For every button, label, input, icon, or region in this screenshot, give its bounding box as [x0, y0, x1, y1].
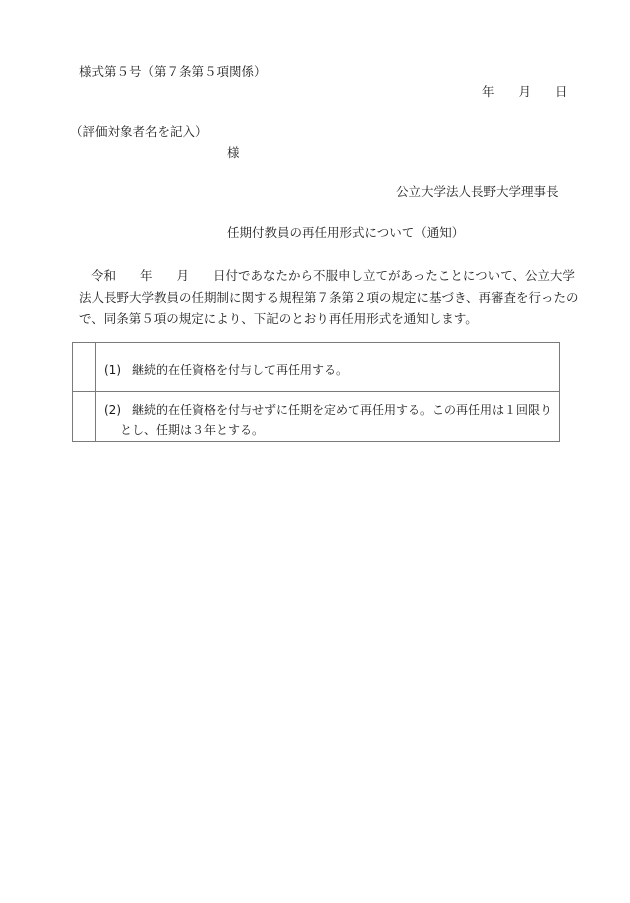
day-label: 日 [555, 86, 568, 99]
option-1-label: 継続的在任資格を付与して再任用する。 [132, 363, 348, 377]
option-row-1: (1)継続的在任資格を付与して再任用する。 [73, 343, 559, 391]
era-label: 令和 [91, 268, 116, 283]
sender-name: 公立大学法人長野大学理事長 [396, 186, 559, 199]
option-row-2: (2)継続的在任資格を付与せずに任期を定めて再任用する。この再任用は１回限り と… [73, 391, 559, 441]
option-1-mark-cell[interactable] [73, 343, 96, 391]
option-2-label: 継続的在任資格を付与せずに任期を定めて再任用する。この再任用は１回限り [132, 403, 552, 417]
date-line: 年月日 [482, 86, 568, 99]
year-label: 年 [482, 86, 495, 99]
body-paragraph: 令和年月日付であなたから不服申し立てがあったことについて、公立大学 法人長野大学… [79, 265, 579, 330]
option-2-continuation: とし、任期は３年とする。 [120, 423, 264, 437]
body-line-1: 令和年月日付であなたから不服申し立てがあったことについて、公立大学 [79, 265, 579, 287]
month-label: 月 [519, 86, 532, 99]
body-month-label: 月 [177, 268, 190, 283]
body-line-3: で、同条第５項の規定により、下記のとおり再任用形式を通知します。 [79, 308, 579, 330]
option-1-text: (1)継続的在任資格を付与して再任用する。 [96, 343, 559, 391]
body-line-2: 法人長野大学教員の任期制に関する規程第７条第２項の規定に基づき、再審査を行ったの [79, 287, 579, 309]
body-line-1-rest: 日付であなたから不服申し立てがあったことについて、公立大学 [213, 268, 575, 283]
form-number: 様式第５号（第７条第５項関係） [79, 66, 267, 79]
option-2-text: (2)継続的在任資格を付与せずに任期を定めて再任用する。この再任用は１回限り と… [96, 392, 559, 441]
recipient-honorific: 様 [227, 147, 240, 160]
option-1-number: (1) [104, 360, 132, 380]
options-table: (1)継続的在任資格を付与して再任用する。 (2)継続的在任資格を付与せずに任期… [72, 342, 560, 442]
option-2-mark-cell[interactable] [73, 392, 96, 441]
body-year-label: 年 [140, 268, 153, 283]
recipient-note: （評価対象者名を記入） [70, 126, 208, 139]
document-title: 任期付教員の再任用形式について（通知） [227, 227, 464, 240]
option-2-number: (2) [104, 400, 132, 420]
